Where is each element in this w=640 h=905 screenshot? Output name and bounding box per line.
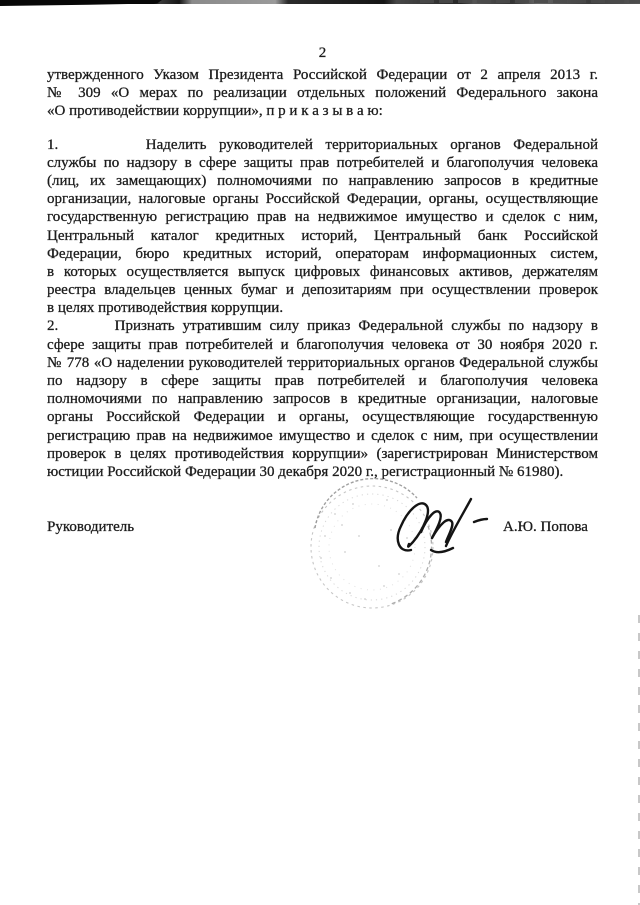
text-line: проверок в целях противодействия коррупц… xyxy=(47,445,598,463)
text-line: 1. Наделить руководителей территориальны… xyxy=(47,136,598,154)
paragraph-item-2: 2. Признать утратившим силу приказ Федер… xyxy=(47,317,598,481)
text-line: регистрацию прав на недвижимое имущество… xyxy=(47,427,598,445)
position-title: Руководитель xyxy=(47,519,134,535)
text-line: № 778 «О наделении руководителей террито… xyxy=(47,354,598,372)
document-page: 2 утвержденного Указом Президента Россий… xyxy=(0,0,640,905)
signature-block: Руководитель А.Ю. Попова xyxy=(47,518,598,537)
text-line: органы Российской Федерации и органы, ос… xyxy=(47,408,598,426)
text-line: сфере защиты прав потребителей и благопо… xyxy=(47,336,598,354)
text-line: в которых осуществляется выпуск цифровых… xyxy=(47,263,598,281)
paragraph-intro: утвержденного Указом Президента Российск… xyxy=(47,66,598,121)
text-line: 2. Признать утратившим силу приказ Федер… xyxy=(47,317,598,335)
text-line: Центральный каталог кредитных историй, Ц… xyxy=(47,227,598,245)
text-line: утвержденного Указом Президента Российск… xyxy=(47,66,598,84)
paragraph-item-1: 1. Наделить руководителей территориальны… xyxy=(47,136,598,318)
text-line: Федерации, бюро кредитных историй, опера… xyxy=(47,245,598,263)
text-line: службы по надзору в сфере защиты прав по… xyxy=(47,154,598,172)
signatory-name: А.Ю. Попова xyxy=(503,518,588,536)
text-line: юстиции Российской Федерации 30 декабря … xyxy=(47,463,598,481)
text-line: государственную регистрацию прав на недв… xyxy=(47,208,598,226)
text-line: (лиц, их замещающих) полномочиями по нап… xyxy=(47,172,598,190)
text-line: «О противодействии коррупции», п р и к а… xyxy=(47,102,598,120)
page-number: 2 xyxy=(47,44,598,62)
scan-artifact-top-dashes xyxy=(420,0,640,3)
text-line: реестра владельцев ценных бумаг и депози… xyxy=(47,281,598,299)
text-line: организации, налоговые органы Российской… xyxy=(47,190,598,208)
text-line: по надзору в сфере защиты прав потребите… xyxy=(47,372,598,390)
text-line: полномочиями по направлению запросов в к… xyxy=(47,390,598,408)
text-line: № 309 «О мерах по реализации отдельных п… xyxy=(47,84,598,102)
text-line: в целях противодействия коррупции. xyxy=(47,299,598,317)
scan-artifact-top-left-blob xyxy=(0,0,162,6)
text-column: 2 утвержденного Указом Президента Россий… xyxy=(47,44,598,537)
